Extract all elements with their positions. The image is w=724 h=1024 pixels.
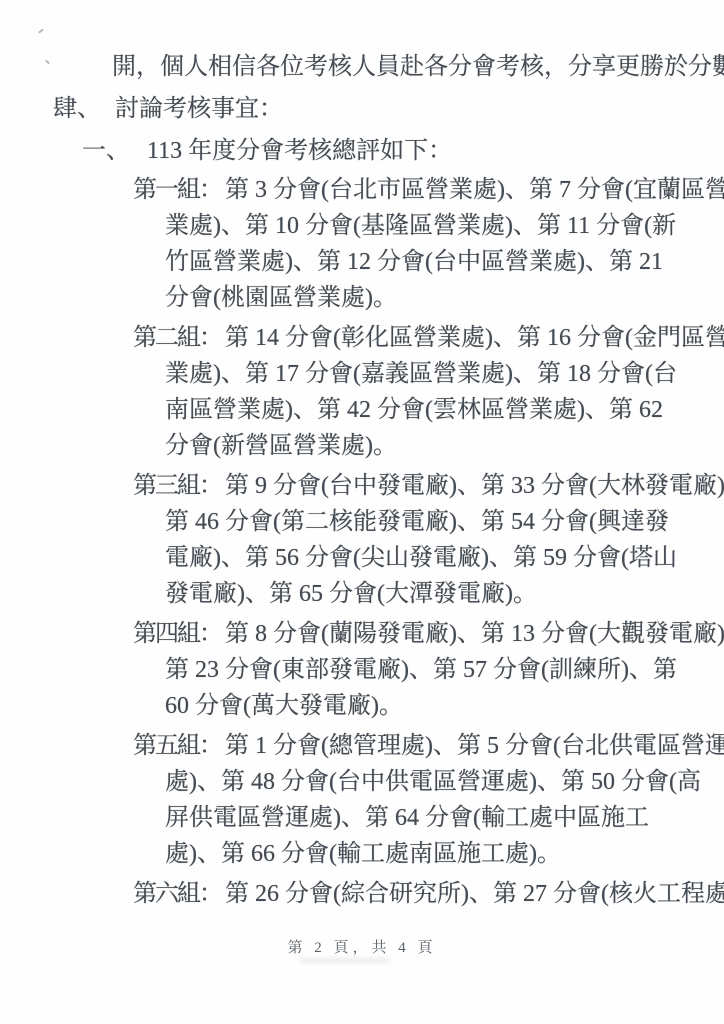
text-line: 第五組：第 1 分會(總管理處)、第 5 分會(台北供電區營運 bbox=[165, 728, 724, 764]
text-line: 屏供電區營運處)、第 64 分會(輸工處中區施工 bbox=[165, 800, 724, 836]
text-line: 電廠)、第 56 分會(尖山發電廠)、第 59 分會(塔山 bbox=[165, 540, 724, 576]
group-paragraph-3: 第三組：第 9 分會(台中發電廠)、第 33 分會(大林發電廠)、 第 46 分… bbox=[165, 468, 724, 612]
text-line: 分會(新營區營業處)。 bbox=[165, 428, 724, 464]
section-heading: 肆、討論考核事宜： bbox=[53, 88, 724, 130]
group-paragraph-5: 第五組：第 1 分會(總管理處)、第 5 分會(台北供電區營運 處)、第 48 … bbox=[165, 728, 724, 872]
group-label: 第三組： bbox=[133, 473, 225, 499]
text-line: 處)、第 48 分會(台中供電區營運處)、第 50 分會(高 bbox=[165, 764, 724, 800]
group-label: 第二組： bbox=[133, 325, 225, 351]
text-line-content: 第 3 分會(台北市區營業處)、第 7 分會(宜蘭區營 bbox=[225, 177, 724, 203]
page-number: 第 2 頁，共 4 頁 bbox=[0, 936, 724, 957]
group-label: 第一組： bbox=[133, 177, 225, 203]
item-title: 113 年度分會考核總評如下： bbox=[147, 138, 452, 164]
continuation-paragraph-line: 開，個人相信各位考核人員赴各分會考核，分享更勝於分數。 bbox=[112, 46, 724, 88]
text-line: 第四組：第 8 分會(蘭陽發電廠)、第 13 分會(大觀發電廠)、 bbox=[165, 616, 724, 652]
text-line: 處)、第 66 分會(輸工處南區施工處)。 bbox=[165, 836, 724, 872]
group-label: 第五組： bbox=[133, 733, 225, 759]
text-line: 60 分會(萬大發電廠)。 bbox=[165, 688, 724, 724]
text-line: 南區營業處)、第 42 分會(雲林區營業處)、第 62 bbox=[165, 392, 724, 428]
text-line: 分會(桃園區營業處)。 bbox=[165, 280, 724, 316]
group-paragraph-2: 第二組：第 14 分會(彰化區營業處)、第 16 分會(金門區營 業處)、第 1… bbox=[165, 320, 724, 464]
document-page: 開，個人相信各位考核人員赴各分會考核，分享更勝於分數。 肆、討論考核事宜： 一、… bbox=[0, 0, 724, 1024]
text-line: 第六組：第 26 分會(綜合研究所)、第 27 分會(核火工程處)、 bbox=[165, 876, 724, 912]
text-line-content: 第 26 分會(綜合研究所)、第 27 分會(核火工程處)、 bbox=[225, 881, 724, 907]
text-line-content: 第 9 分會(台中發電廠)、第 33 分會(大林發電廠)、 bbox=[225, 473, 724, 499]
text-line: 第二組：第 14 分會(彰化區營業處)、第 16 分會(金門區營 bbox=[165, 320, 724, 356]
text-line: 發電廠)、第 65 分會(大潭發電廠)。 bbox=[165, 576, 724, 612]
text-line: 第三組：第 9 分會(台中發電廠)、第 33 分會(大林發電廠)、 bbox=[165, 468, 724, 504]
group-label: 第六組： bbox=[133, 881, 225, 907]
section-marker: 肆、 bbox=[53, 88, 115, 130]
text-line-content: 第 14 分會(彰化區營業處)、第 16 分會(金門區營 bbox=[225, 325, 724, 351]
group-list: 第一組：第 3 分會(台北市區營業處)、第 7 分會(宜蘭區營 業處)、第 10… bbox=[0, 172, 724, 912]
text-line-content: 第 8 分會(蘭陽發電廠)、第 13 分會(大觀發電廠)、 bbox=[225, 621, 724, 647]
scan-smudge bbox=[300, 958, 390, 963]
text-line-content: 第 1 分會(總管理處)、第 5 分會(台北供電區營運 bbox=[225, 733, 724, 759]
item-marker: 一、 bbox=[82, 130, 147, 172]
text-line: 竹區營業處)、第 12 分會(台中區營業處)、第 21 bbox=[165, 244, 724, 280]
document-body: 開，個人相信各位考核人員赴各分會考核，分享更勝於分數。 肆、討論考核事宜： 一、… bbox=[0, 0, 724, 912]
text-line: 第 46 分會(第二核能發電廠)、第 54 分會(興達發 bbox=[165, 504, 724, 540]
text-line: 第 23 分會(東部發電廠)、第 57 分會(訓練所)、第 bbox=[165, 652, 724, 688]
text-line: 業處)、第 17 分會(嘉義區營業處)、第 18 分會(台 bbox=[165, 356, 724, 392]
group-paragraph-1: 第一組：第 3 分會(台北市區營業處)、第 7 分會(宜蘭區營 業處)、第 10… bbox=[165, 172, 724, 316]
list-item-heading: 一、113 年度分會考核總評如下： bbox=[82, 130, 724, 172]
text-line: 第一組：第 3 分會(台北市區營業處)、第 7 分會(宜蘭區營 bbox=[165, 172, 724, 208]
group-paragraph-6: 第六組：第 26 分會(綜合研究所)、第 27 分會(核火工程處)、 bbox=[165, 876, 724, 912]
section-title: 討論考核事宜： bbox=[115, 96, 283, 122]
group-paragraph-4: 第四組：第 8 分會(蘭陽發電廠)、第 13 分會(大觀發電廠)、 第 23 分… bbox=[165, 616, 724, 724]
group-label: 第四組： bbox=[133, 621, 225, 647]
text-line: 業處)、第 10 分會(基隆區營業處)、第 11 分會(新 bbox=[165, 208, 724, 244]
